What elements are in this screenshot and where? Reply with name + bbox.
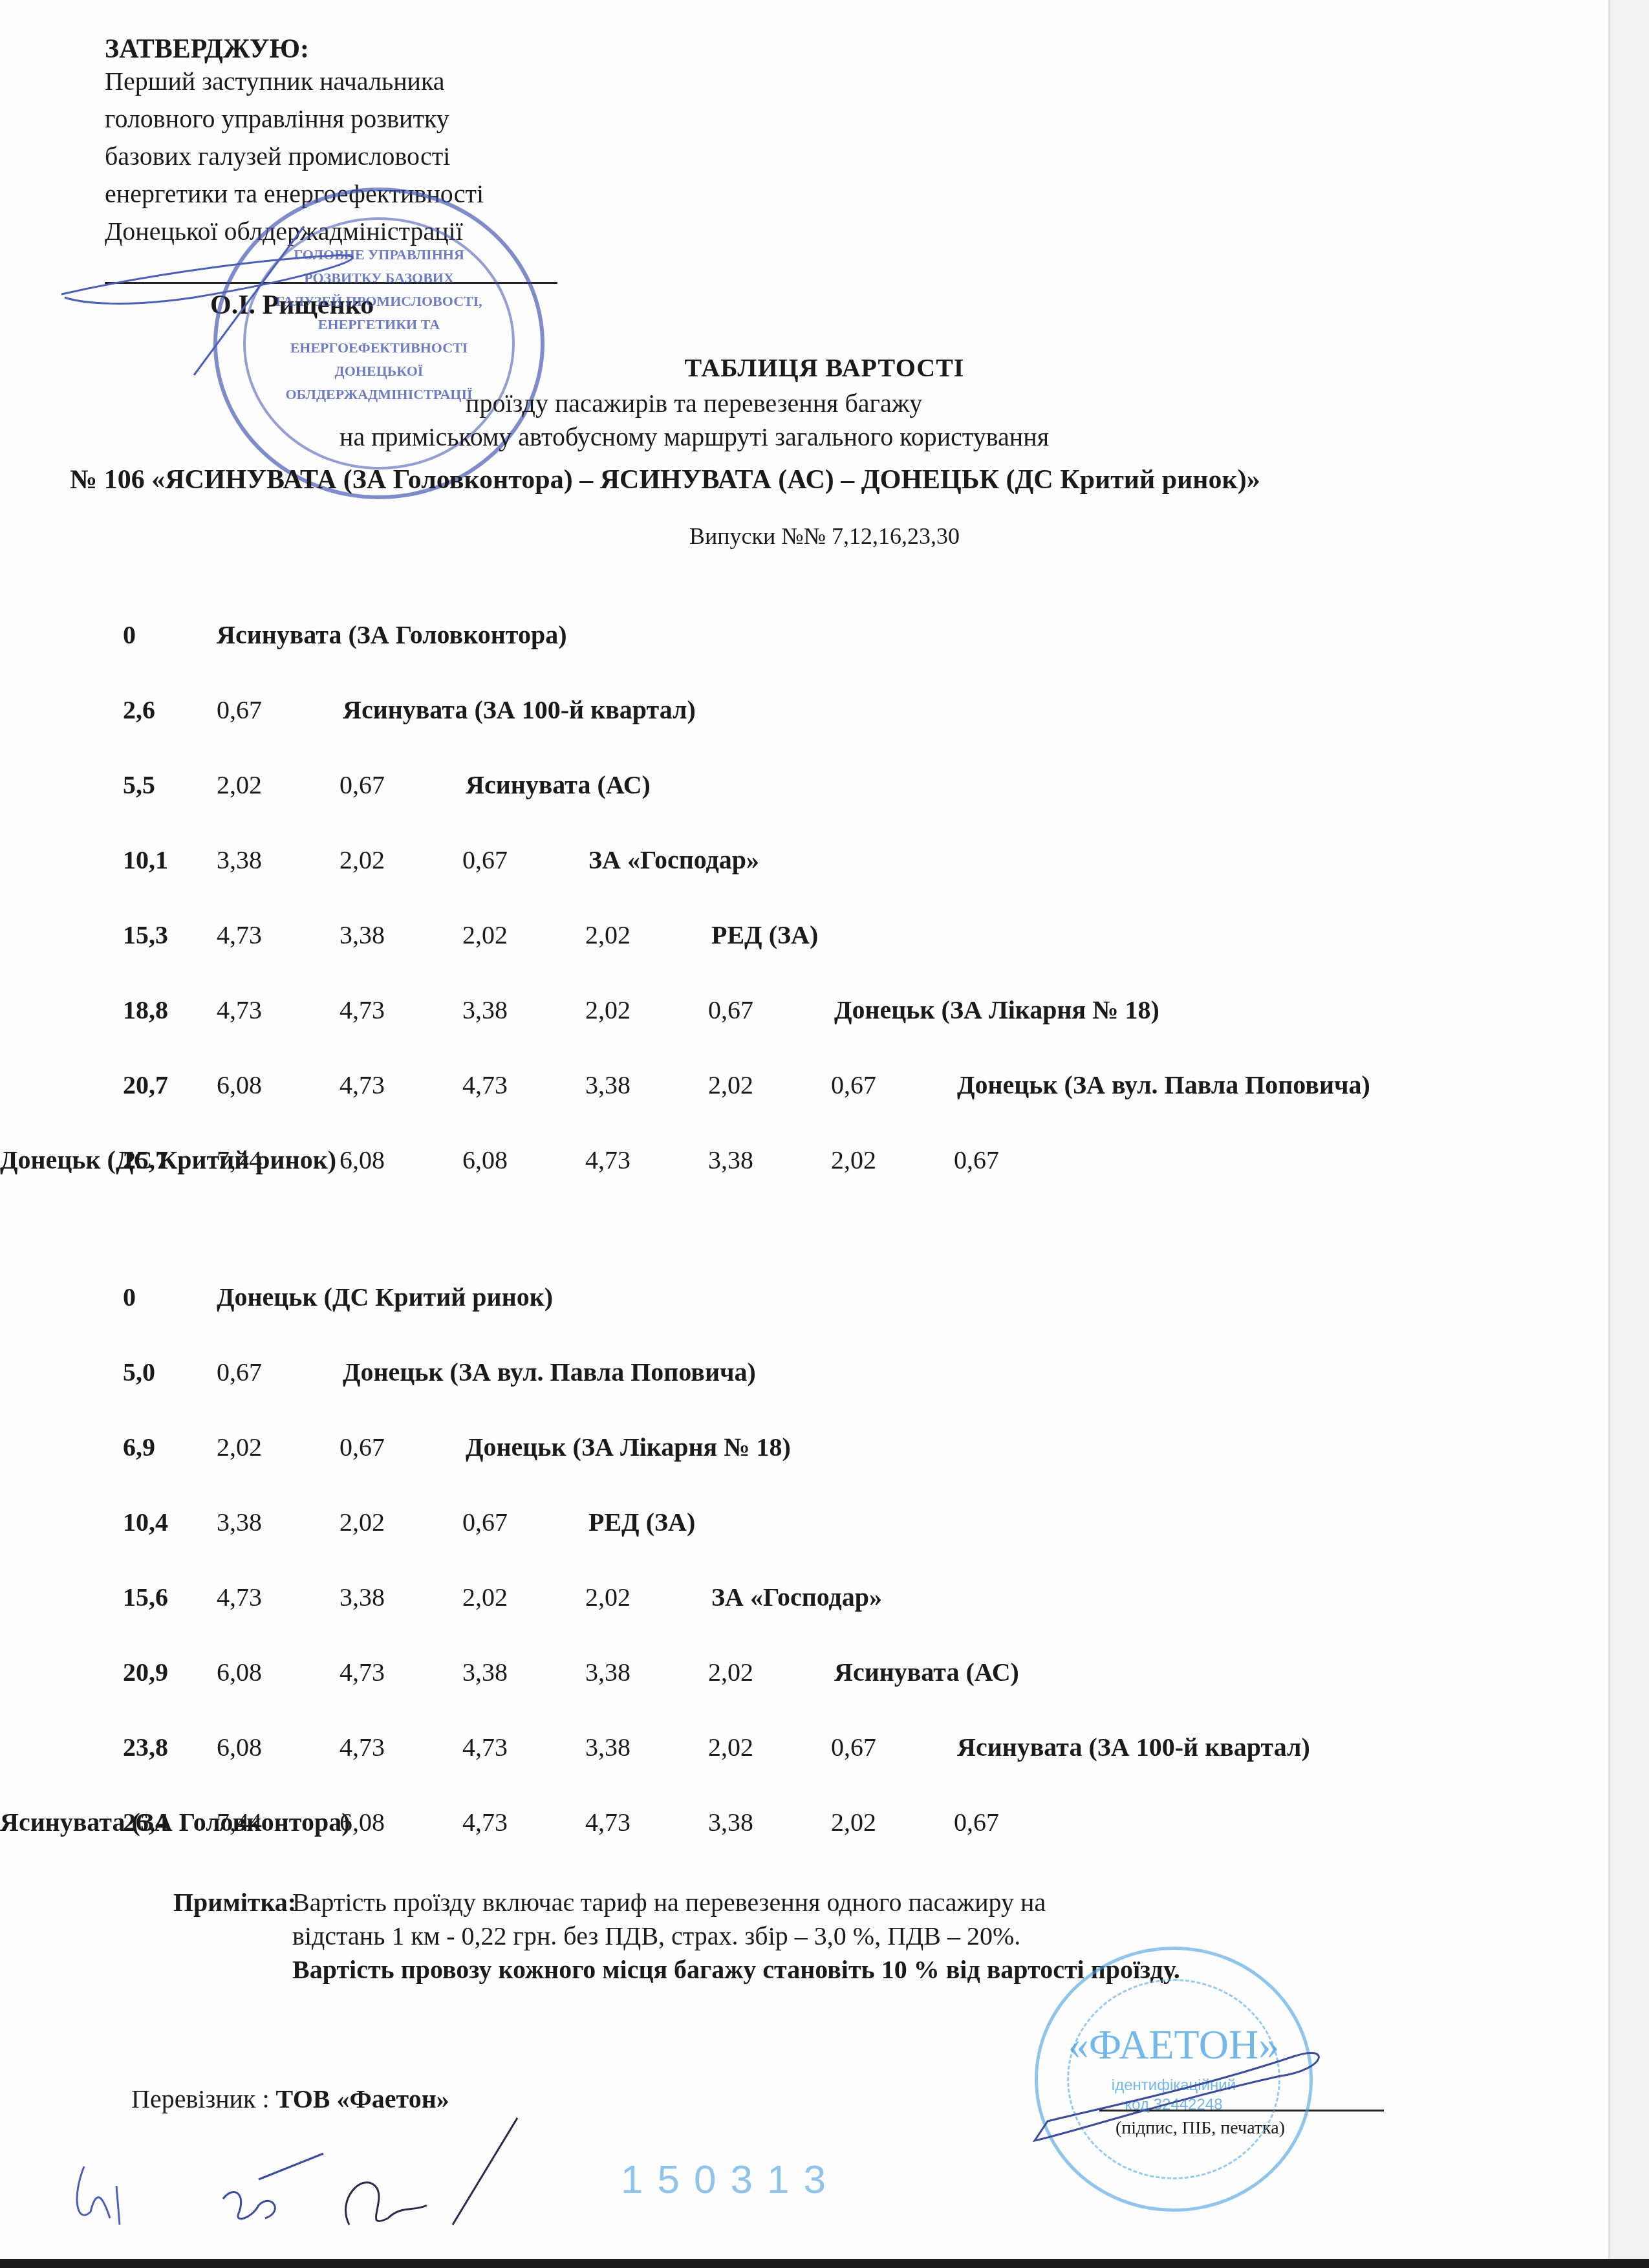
note-line-3: Вартість провозу кожного місця багажу ст…	[292, 1954, 1180, 1985]
fare-cell: 2,02	[831, 1145, 876, 1175]
fare-cell: 2,02	[339, 1507, 385, 1537]
stop-name: Донецьк (ДС Критий ринок)	[217, 1282, 553, 1312]
fare-cell: 2,02	[217, 1432, 262, 1462]
fare-cell: 4,73	[339, 1657, 385, 1687]
stop-name: Донецьк (ЗА Лікарня № 18)	[466, 1432, 791, 1462]
document-subtitle-1: проїзду пасажирів та перевезення багажу	[466, 388, 922, 418]
stop-name: Ясинувата (ЗА Головконтора)	[217, 620, 566, 650]
distance-km: 6,9	[123, 1432, 155, 1462]
stamp-id-label: ідентифікаційний	[1038, 2076, 1309, 2095]
fare-cell: 4,73	[585, 1807, 630, 1837]
fare-cell: 4,73	[339, 1070, 385, 1100]
scan-bottom-edge	[0, 2259, 1649, 2268]
carrier-name: ТОВ «Фаетон»	[276, 2084, 449, 2113]
fare-cell: 0,67	[954, 1807, 999, 1837]
fare-cell: 0,67	[462, 1507, 508, 1537]
fare-cell: 3,38	[217, 845, 262, 875]
fare-cell: 0,67	[339, 1432, 385, 1462]
distance-km: 10,4	[123, 1507, 168, 1537]
note-line-2: відстань 1 км - 0,22 грн. без ПДВ, страх…	[292, 1921, 1020, 1951]
stamp-inner-ring	[1067, 1979, 1280, 2179]
approval-signature-line	[105, 282, 557, 284]
stop-name: Ясинувата (АС)	[466, 770, 651, 800]
distance-km: 5,0	[123, 1357, 155, 1387]
fare-cell: 3,38	[217, 1507, 262, 1537]
fare-cell: 6,08	[217, 1070, 262, 1100]
fare-cell: 6,08	[339, 1145, 385, 1175]
fare-cell: 4,73	[217, 920, 262, 950]
signature-2	[223, 2154, 323, 2219]
fare-cell: 4,73	[217, 1582, 262, 1612]
fare-cell: 3,38	[585, 1070, 630, 1100]
fare-cell: 6,08	[462, 1145, 508, 1175]
fare-cell: 3,38	[708, 1807, 753, 1837]
fare-cell: 0,67	[954, 1145, 999, 1175]
distance-km: 10,1	[123, 845, 168, 875]
stop-name: Ясинувата (АС)	[834, 1657, 1019, 1687]
issue-numbers: Випуски №№ 7,12,16,23,30	[0, 523, 1649, 550]
approval-line-5: Донецької облдержадміністрації	[105, 219, 463, 244]
distance-km: 18,8	[123, 995, 168, 1025]
distance-km: 0	[123, 1282, 136, 1312]
fare-cell: 3,38	[708, 1145, 753, 1175]
stop-name: РЕД (ЗА)	[588, 1507, 695, 1537]
carrier-stamp: «ФАЕТОН» ідентифікаційний код 32442248	[1035, 1947, 1313, 2212]
document-subtitle-2: на приміському автобусному маршруті зага…	[339, 422, 1049, 452]
fare-cell: 4,73	[462, 1732, 508, 1762]
stop-name: Донецьк (ЗА вул. Павла Поповича)	[343, 1357, 756, 1387]
fare-cell: 0,67	[217, 695, 262, 725]
distance-km: 0	[123, 620, 136, 650]
stamp-company-name: «ФАЕТОН»	[1038, 2021, 1309, 2069]
signature-caption: (підпис, ПІБ, печатка)	[1115, 2118, 1285, 2139]
fare-cell: 4,73	[462, 1070, 508, 1100]
stamp-id-code: код 32442248	[1038, 2095, 1309, 2115]
serial-number-stamp: 150313	[621, 2157, 840, 2203]
scan-edge-shadow	[1608, 0, 1649, 2268]
stop-name: ЗА «Господар»	[588, 845, 759, 875]
fare-cell: 3,38	[585, 1732, 630, 1762]
fare-cell: 2,02	[585, 995, 630, 1025]
fare-cell: 2,02	[462, 920, 508, 950]
stamp-code: ідентифікаційний код 32442248	[1038, 2076, 1309, 2115]
approval-line-3: базових галузей промисловості	[105, 144, 450, 169]
stop-name: Донецьк (ЗА вул. Павла Поповича)	[957, 1070, 1370, 1100]
distance-km: 2,6	[123, 695, 155, 725]
fare-cell: 4,73	[339, 995, 385, 1025]
fare-cell: 4,73	[462, 1807, 508, 1837]
signature-1	[77, 2166, 120, 2225]
distance-km: 5,5	[123, 770, 155, 800]
fare-cell: 0,67	[339, 770, 385, 800]
fare-cell: 0,67	[462, 845, 508, 875]
carrier-signature-line	[1099, 2110, 1384, 2111]
fare-cell: 3,38	[462, 995, 508, 1025]
distance-km: 15,6	[123, 1582, 168, 1612]
fare-cell: 2,02	[831, 1807, 876, 1837]
stamp-line: ГОЛОВНЕ УПРАВЛІННЯ	[217, 243, 541, 266]
fare-cell: 6,08	[217, 1732, 262, 1762]
fare-cell: 2,02	[462, 1582, 508, 1612]
distance-km: 20,7	[123, 1070, 168, 1100]
note-label: Примітка:	[173, 1887, 296, 1917]
stop-name: Донецьк (ЗА Лікарня № 18)	[834, 995, 1159, 1025]
fare-cell: 2,02	[585, 920, 630, 950]
carrier-label: Перевізник :	[131, 2084, 276, 2113]
fare-cell: 3,38	[585, 1657, 630, 1687]
route-name: № 106 «ЯСИНУВАТА (ЗА Головконтора) – ЯСИ…	[70, 464, 1260, 495]
fare-cell: 2,02	[708, 1657, 753, 1687]
stop-name: Ясинувата (ЗА 100-й квартал)	[343, 695, 696, 725]
fare-cell: 2,02	[708, 1070, 753, 1100]
approval-line-2: головного управління розвитку	[105, 106, 449, 132]
signature-3	[346, 2118, 517, 2225]
fare-cell: 3,38	[462, 1657, 508, 1687]
stop-name: Ясинувата (ЗА Головконтора)	[0, 1807, 350, 1837]
approval-line-4: енергетики та енергоефективності	[105, 181, 484, 207]
fare-cell: 2,02	[708, 1732, 753, 1762]
fare-cell: 4,73	[339, 1732, 385, 1762]
stop-name: Ясинувата (ЗА 100-й квартал)	[957, 1732, 1310, 1762]
distance-km: 15,3	[123, 920, 168, 950]
fare-cell: 2,02	[217, 770, 262, 800]
stop-name: Донецьк (ДС Критий ринок)	[0, 1145, 336, 1175]
note-line-1: Вартість проїзду включає тариф на переве…	[292, 1887, 1046, 1917]
distance-km: 23,8	[123, 1732, 168, 1762]
approval-line-1: Перший заступник начальника	[105, 69, 445, 94]
stamp-line: РОЗВИТКУ БАЗОВИХ	[217, 266, 541, 290]
fare-cell: 2,02	[339, 845, 385, 875]
fare-cell: 0,67	[831, 1732, 876, 1762]
fare-cell: 4,73	[217, 995, 262, 1025]
approver-name: О.І. Рищенко	[210, 290, 374, 321]
fare-cell: 4,73	[585, 1145, 630, 1175]
fare-cell: 3,38	[339, 1582, 385, 1612]
carrier-line: Перевізник : ТОВ «Фаетон»	[131, 2084, 449, 2114]
distance-km: 20,9	[123, 1657, 168, 1687]
fare-cell: 6,08	[217, 1657, 262, 1687]
stop-name: ЗА «Господар»	[711, 1582, 882, 1612]
fare-cell: 0,67	[831, 1070, 876, 1100]
document-title: ТАБЛИЦЯ ВАРТОСТІ	[0, 352, 1649, 383]
fare-cell: 2,02	[585, 1582, 630, 1612]
approval-heading: ЗАТВЕРДЖУЮ:	[105, 34, 309, 65]
stop-name: РЕД (ЗА)	[711, 920, 818, 950]
fare-cell: 0,67	[217, 1357, 262, 1387]
fare-cell: 3,38	[339, 920, 385, 950]
fare-cell: 0,67	[708, 995, 753, 1025]
